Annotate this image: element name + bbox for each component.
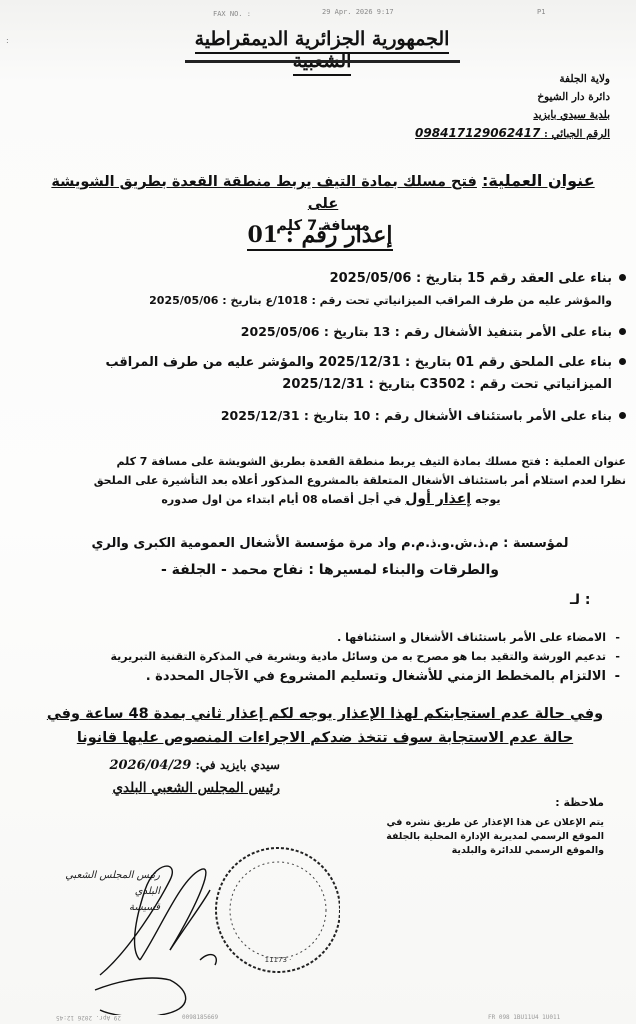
tax-id: الرقم الجبائي : 098417129062417 <box>370 124 610 143</box>
obligations-list: الامضاء على الأمر باستئناف الأشغال و است… <box>22 628 622 688</box>
footer-fax-line: 29 Apr. 2026 12:45 0098185669 FR 098 1BU… <box>0 1014 636 1024</box>
svg-text:11173 ·: 11173 · <box>265 956 292 964</box>
signoff-date: 2026/04/29 <box>109 758 191 773</box>
company-line-1: لمؤسسة : م.ذ.ش.و.ذ.م.م واد مرة مؤسسة الأ… <box>40 530 620 557</box>
addressee-company: لمؤسسة : م.ذ.ش.و.ذ.م.م واد مرة مؤسسة الأ… <box>40 530 620 584</box>
scanned-document-page: FAX NO. : 29 Apr. 2026 9:17 P1 : الجمهور… <box>0 0 636 1024</box>
operation-title-line1: فتح مسلك بمادة التيف يربط منطقة القعدة ب… <box>51 174 477 212</box>
place-and-date: سيدي بايزيد في: 2026/04/29 <box>40 758 280 773</box>
fax-header: FAX NO. : 29 Apr. 2026 9:17 P1 <box>0 8 636 22</box>
note-label: ملاحظة : <box>369 796 604 810</box>
warning-line-2: حالة عدم الاستجابة سوف تتخذ ضدكم الاجراء… <box>28 726 622 750</box>
operation-label: عنوان العملية: <box>482 171 595 190</box>
body-paragraph: عنوان العملية : فتح مسلك بمادة التيف يرب… <box>36 452 626 509</box>
republic-heading: الجمهورية الجزائرية الديمقراطية الشعبية <box>182 28 462 72</box>
tax-id-value: 098417129062417 <box>415 126 540 140</box>
first-notice-emphasis: إعذار أول <box>405 491 471 507</box>
signatory-title: رئيس المجلس الشعبي البلدي <box>40 780 280 796</box>
body-line-1: عنوان العملية : فتح مسلك بمادة التيف يرب… <box>36 452 626 471</box>
body-line-2: نظرا لعدم استلام أمر باستئناف الأشغال ال… <box>36 471 626 490</box>
place: سيدي بايزيد في: <box>196 758 281 772</box>
reference-item: بناء على الملحق رقم 01 بتاريخ : 2025/12/… <box>40 352 626 396</box>
note-block: ملاحظة : يتم الإعلان عن هذا الإعذار عن ط… <box>369 796 604 858</box>
warning-paragraph: وفي حالة عدم استجابتكم لهذا الإعذار يوجه… <box>28 702 622 750</box>
references-list: بناء على العقد رقم 15 بتاريخ : 2025/05/0… <box>40 268 626 436</box>
fax-page: P1 <box>537 8 545 16</box>
daira: دائرة دار الشيوخ <box>370 88 610 106</box>
obligation-item: الالتزام بالمخطط الزمني للأشغال وتسليم ا… <box>22 666 622 688</box>
republic-text: الجمهورية الجزائرية الديمقراطية الشعبية <box>195 28 450 76</box>
administrative-block: ولاية الجلفة دائرة دار الشيوخ بلدية سيدي… <box>370 70 610 143</box>
reference-text: بناء على الملحق رقم 01 بتاريخ : 2025/12/… <box>105 355 612 392</box>
note-text: يتم الإعلان عن هذا الإعذار عن طريق نشره … <box>369 816 604 858</box>
footer-fax-date: 29 Apr. 2026 12:45 <box>56 1014 121 1021</box>
footer-fax-id: FR 098 1BU11U4 1U011 <box>488 1014 560 1021</box>
fax-number: FAX NO. : <box>213 10 251 18</box>
obligations-intro: لـ : <box>570 592 591 608</box>
obligation-item: تدعيم الورشة والتقيد بما هو مصرح به من و… <box>22 647 622 666</box>
reference-item: بناء على الأمر باستئناف الأشغال رقم : 10… <box>40 406 626 426</box>
commune: بلدية سيدي بايزيد <box>370 106 610 124</box>
wilaya: ولاية الجلفة <box>370 70 610 88</box>
notice-title-text: إعذار رقم : 01 <box>247 222 392 251</box>
reference-text: بناء على الأمر بتنفيذ الأشغال رقم : 13 ب… <box>241 324 612 339</box>
reference-subtext: والمؤشر عليه من طرف المراقب الميزانياتي … <box>40 290 612 312</box>
body-line-3-suffix: في أجل أقصاه 08 أيام ابتداء من اول صدوره <box>161 493 401 506</box>
body-line-3: يوجه إعذار أول في أجل أقصاه 08 أيام ابتد… <box>36 490 626 509</box>
footer-fax-number: 0098185669 <box>182 1014 218 1021</box>
obligation-item: الامضاء على الأمر باستئناف الأشغال و است… <box>22 628 622 647</box>
reference-text: بناء على الأمر باستئناف الأشغال رقم : 10… <box>221 408 612 423</box>
reference-item: بناء على الأمر بتنفيذ الأشغال رقم : 13 ب… <box>40 322 626 342</box>
reference-text: بناء على العقد رقم 15 بتاريخ : 2025/05/0… <box>330 271 612 286</box>
warning-line-1: وفي حالة عدم استجابتكم لهذا الإعذار يوجه… <box>28 702 622 726</box>
company-line-2: والطرقات والبناء لمسيرها : نفاح محمد - ا… <box>40 557 620 584</box>
signature-and-stamp-icon: 11173 · <box>40 840 340 1015</box>
body-line-3-prefix: يوجه <box>475 493 501 506</box>
fax-date: 29 Apr. 2026 9:17 <box>322 8 394 16</box>
reference-item: بناء على العقد رقم 15 بتاريخ : 2025/05/0… <box>40 268 626 312</box>
heading-rule <box>185 60 460 63</box>
edge-mark: : <box>6 36 9 45</box>
notice-title: إعذار رقم : 01 <box>170 222 470 248</box>
tax-id-label: الرقم الجبائي : <box>544 128 610 140</box>
